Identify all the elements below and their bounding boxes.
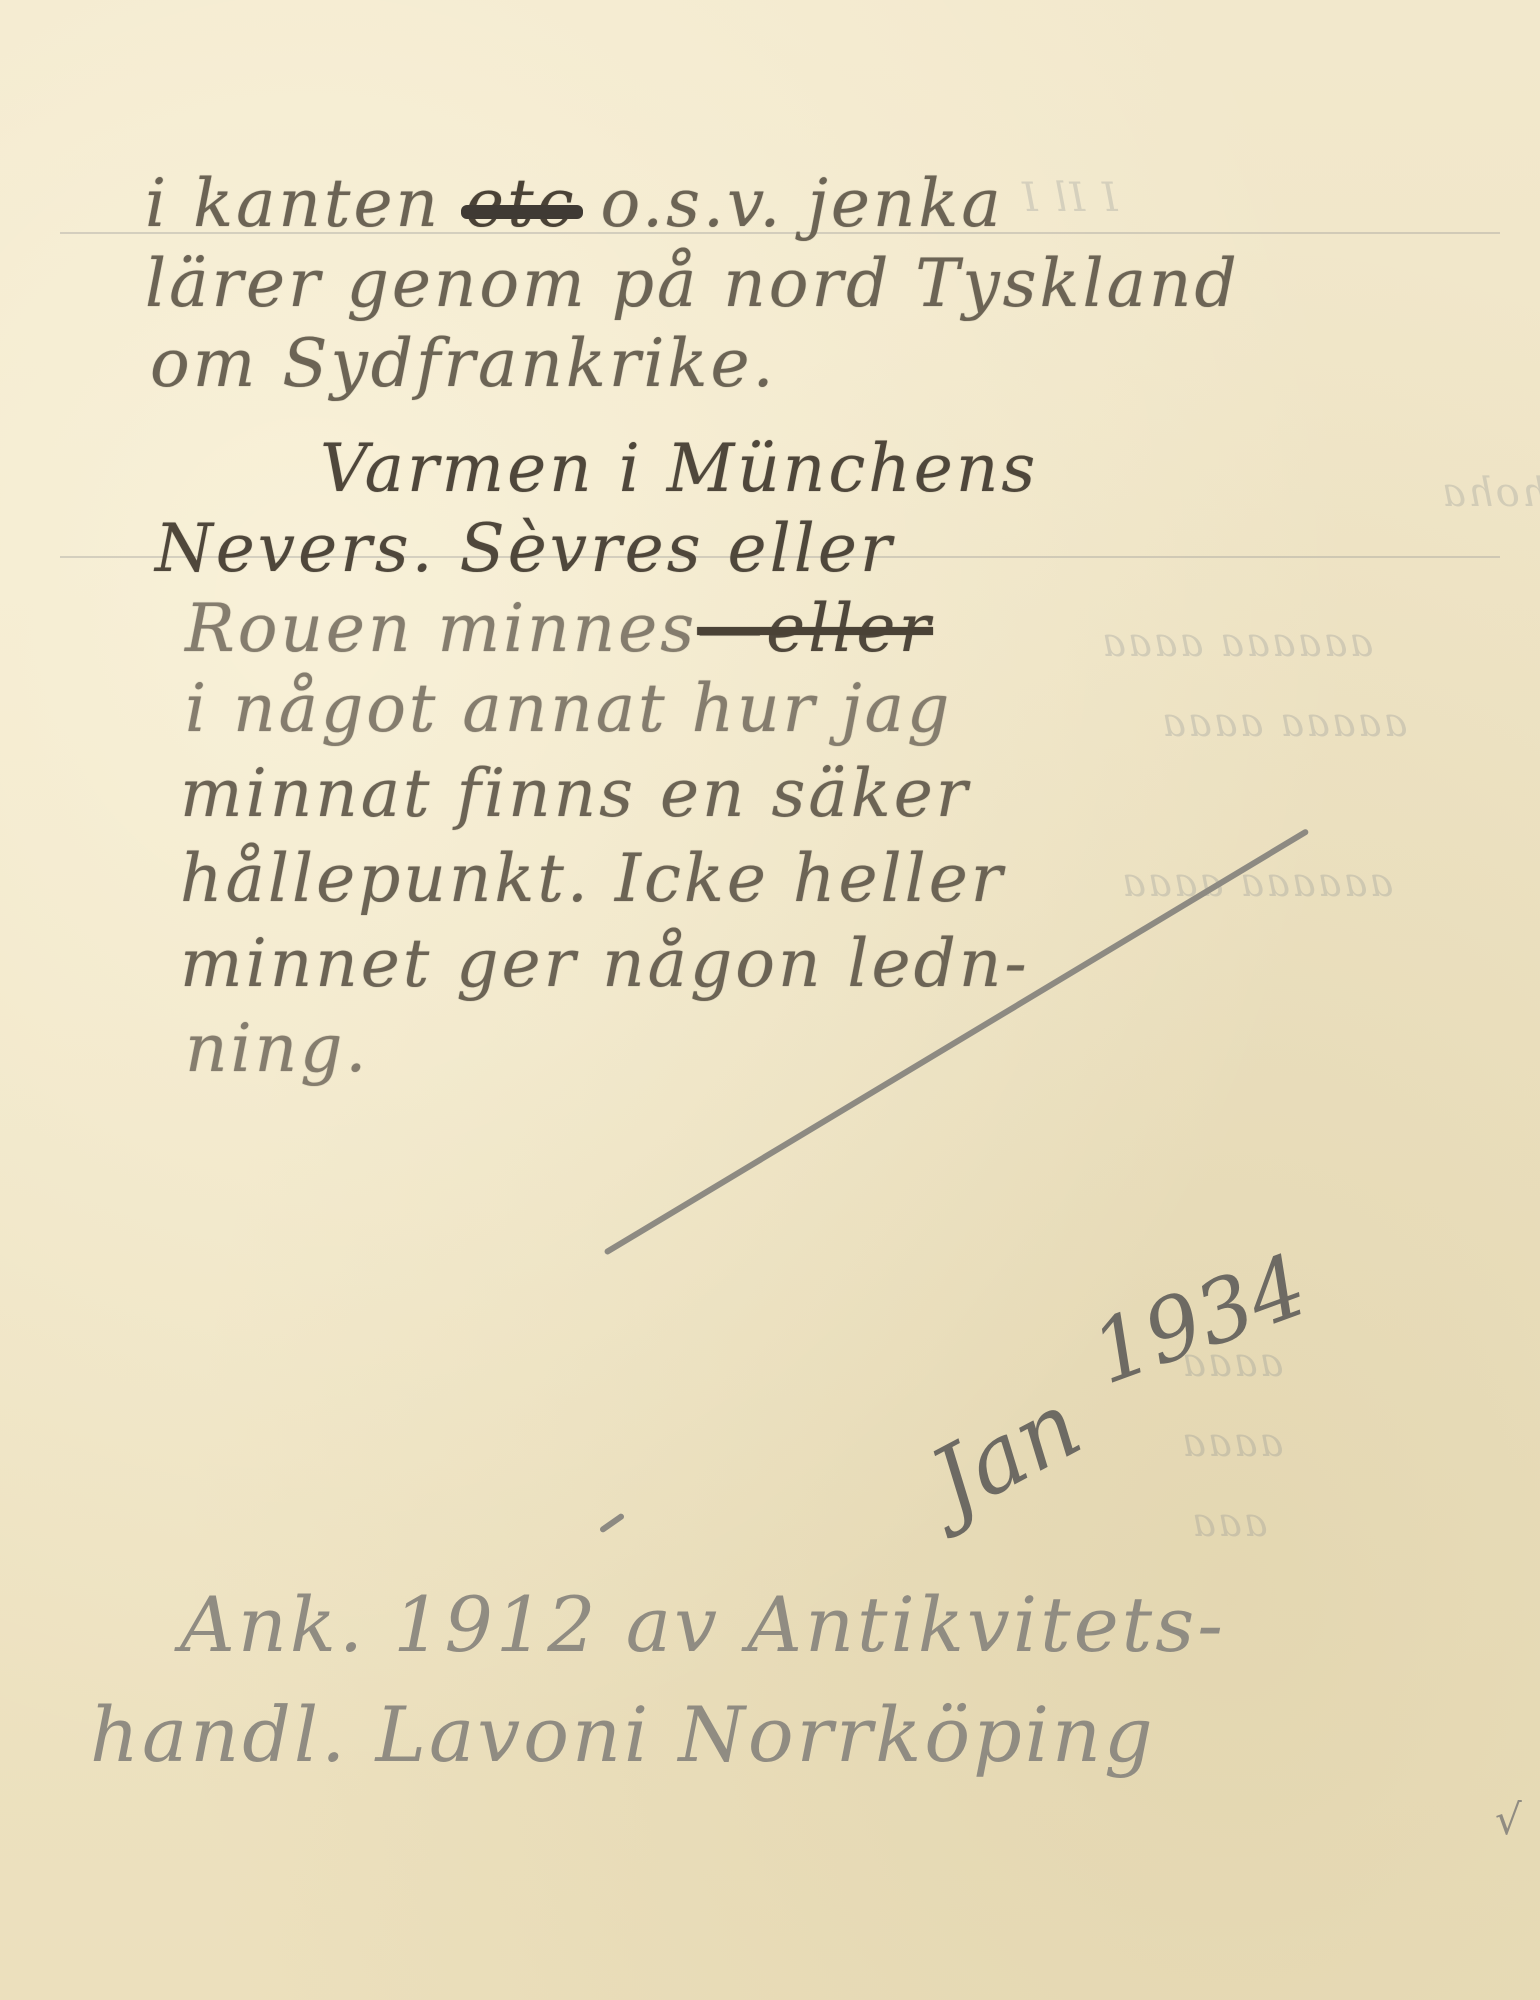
check-mark-icon: √	[1495, 1795, 1522, 1844]
line-text: o.s.v. jenka	[577, 165, 1004, 242]
line-text: Rouen minnes	[185, 590, 697, 667]
letter-line: Rouen minnes—eller	[185, 590, 933, 667]
struck-out-word: etc	[465, 165, 577, 242]
letter-line: minnet ger någon ledn-	[180, 925, 1030, 1002]
provenance-note-line: handl. Lavoni Norrköping	[90, 1690, 1156, 1779]
letter-line: om Sydfrankrike.	[150, 325, 777, 402]
bleed-through-text: aaaa	[1180, 1420, 1283, 1466]
line-text: i kanten	[145, 165, 465, 242]
signature-flourish-hook	[599, 1513, 625, 1534]
signature: Jan	[914, 1371, 1098, 1536]
bleed-through-text: Nohoha	[1440, 470, 1540, 516]
letter-line: ning.	[185, 1010, 369, 1087]
bleed-through-text: aaaaaa aaaa	[1120, 860, 1393, 906]
letter-line: minnat finns en säker	[180, 755, 970, 832]
bleed-through-text: aaaaa aaaa	[1160, 700, 1407, 746]
letter-line: i kanten etc o.s.v. jenka	[145, 165, 1004, 242]
bleed-through-text: aaaaaa aaaa	[1100, 620, 1373, 666]
bleed-through-text: I Il I	[1020, 175, 1118, 221]
letter-line: hållepunkt. Icke heller	[180, 840, 1005, 917]
letter-line: lärer genom på nord Tyskland	[145, 245, 1240, 322]
letter-line: Varmen i Münchens	[320, 430, 1038, 507]
letter-line: Nevers. Sèvres eller	[155, 510, 894, 587]
struck-out-word: —eller	[697, 590, 933, 667]
letter-page: I Il I Nohoha aaaaaa aaaa aaaaa aaaa aaa…	[0, 0, 1540, 2000]
bleed-through-text: aaa	[1190, 1500, 1268, 1546]
letter-line: i något annat hur jag	[185, 670, 952, 747]
provenance-note-line: Ank. 1912 av Antikvitets-	[180, 1580, 1226, 1669]
